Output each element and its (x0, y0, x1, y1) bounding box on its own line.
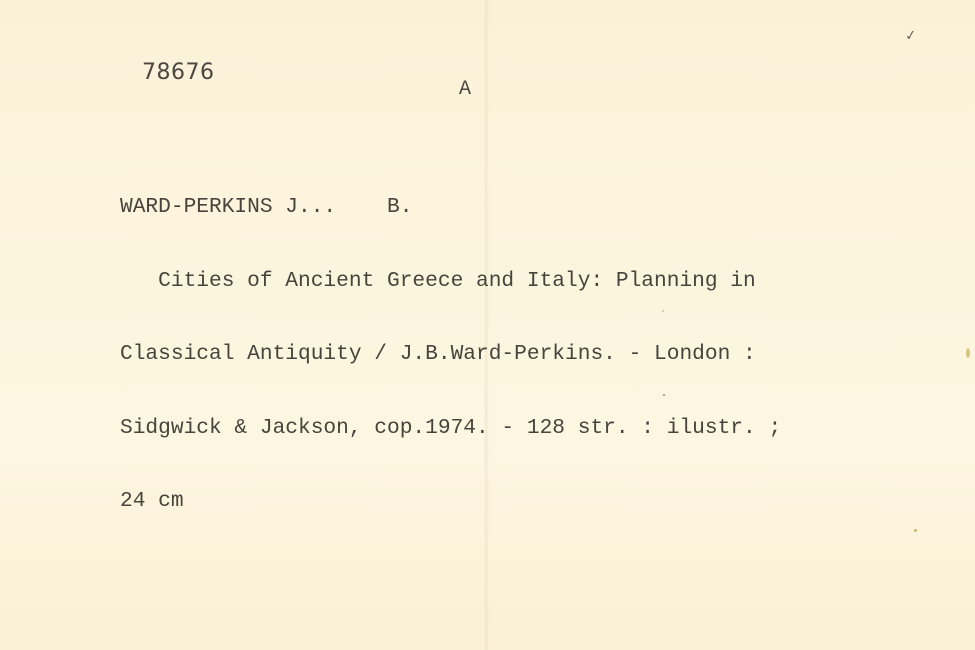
paper-speck (914, 529, 917, 532)
paper-speck (662, 310, 664, 312)
title-line-2: Classical Antiquity / J.B.Ward-Perkins. … (120, 342, 781, 367)
catalog-card: 78676 A ✓ WARD-PERKINS J... B. Cities of… (0, 0, 975, 650)
publication-line: Sidgwick & Jackson, cop.1974. - 128 str.… (120, 416, 781, 441)
paper-speck (966, 348, 970, 358)
paper-speck (663, 394, 665, 396)
dimensions-line: 24 cm (120, 489, 781, 514)
checkmark-icon: ✓ (904, 27, 918, 44)
accession-number: 78676 (142, 60, 215, 85)
title-line-1: Cities of Ancient Greece and Italy: Plan… (120, 269, 781, 294)
section-letter: A (459, 78, 471, 101)
bibliographic-entry: WARD-PERKINS J... B. Cities of Ancient G… (120, 146, 781, 563)
author-heading: WARD-PERKINS J... B. (120, 195, 781, 220)
